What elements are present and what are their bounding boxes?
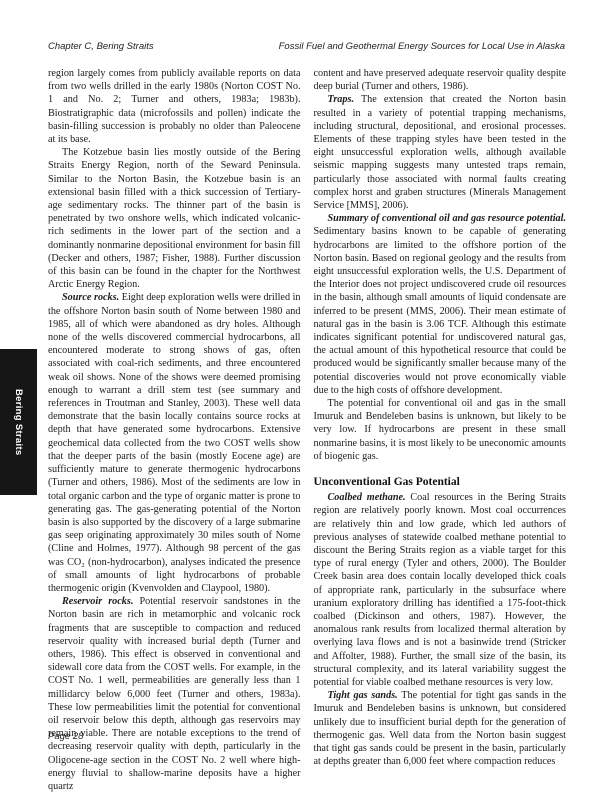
running-header-chapter: Chapter C, Bering Straits <box>48 41 154 52</box>
paragraph: Reservoir rocks. Potential reservoir san… <box>48 595 301 792</box>
paragraph: region largely comes from publicly avail… <box>48 67 301 146</box>
run-in-heading-source-rocks: Source rocks. <box>62 292 119 303</box>
paragraph: Traps. The extension that created the No… <box>314 93 567 212</box>
paragraph-text: Coal resources in the Bering Straits reg… <box>314 492 567 688</box>
paragraph: Summary of conventional oil and gas reso… <box>314 212 567 397</box>
paragraph: The potential for conventional oil and g… <box>314 397 567 463</box>
run-in-heading-summary: Summary of conventional oil and gas reso… <box>328 213 567 224</box>
paragraph-text: The potential for tight gas sands in the… <box>314 690 567 767</box>
page-number: Page 28 <box>48 731 83 742</box>
paragraph: Tight gas sands. The potential for tight… <box>314 689 567 768</box>
run-in-heading-coalbed-methane: Coalbed methane. <box>328 492 406 503</box>
paragraph-text: region largely comes from publicly avail… <box>48 68 301 145</box>
paragraph-text: Potential reservoir sandstones in the No… <box>48 596 301 792</box>
run-in-heading-traps: Traps. <box>328 94 355 105</box>
running-header-title: Fossil Fuel and Geothermal Energy Source… <box>279 41 565 52</box>
paragraph: Source rocks. Eight deep exploration wel… <box>48 291 301 595</box>
bering-straits-edge-tab: Bering Straits <box>0 349 37 495</box>
paragraph: Coalbed methane. Coal resources in the B… <box>314 491 567 689</box>
paragraph-text: Eight deep exploration wells were drille… <box>48 292 301 593</box>
right-column: content and have preserved adequate rese… <box>314 67 567 732</box>
run-in-heading-reservoir-rocks: Reservoir rocks. <box>62 596 133 607</box>
document-page: Chapter C, Bering Straits Fossil Fuel an… <box>0 0 612 792</box>
page-footer: Page 28 <box>48 731 83 742</box>
paragraph-text: The Kotzebue basin lies mostly outside o… <box>48 147 301 290</box>
run-in-heading-tight-gas-sands: Tight gas sands. <box>328 690 398 701</box>
left-column: region largely comes from publicly avail… <box>48 67 301 732</box>
paragraph-text: content and have preserved adequate rese… <box>314 68 567 92</box>
paragraph: content and have preserved adequate rese… <box>314 67 567 93</box>
paragraph-text: The potential for conventional oil and g… <box>314 398 567 462</box>
paragraph-text: The extension that created the Norton ba… <box>314 94 567 211</box>
running-header: Chapter C, Bering Straits Fossil Fuel an… <box>48 41 565 52</box>
section-heading-unconventional-gas: Unconventional Gas Potential <box>314 475 567 489</box>
paragraph-text: Sedimentary basins known to be capable o… <box>314 226 567 395</box>
edge-tab-label: Bering Straits <box>13 389 24 456</box>
paragraph: The Kotzebue basin lies mostly outside o… <box>48 146 301 291</box>
page-body: region largely comes from publicly avail… <box>48 67 566 732</box>
